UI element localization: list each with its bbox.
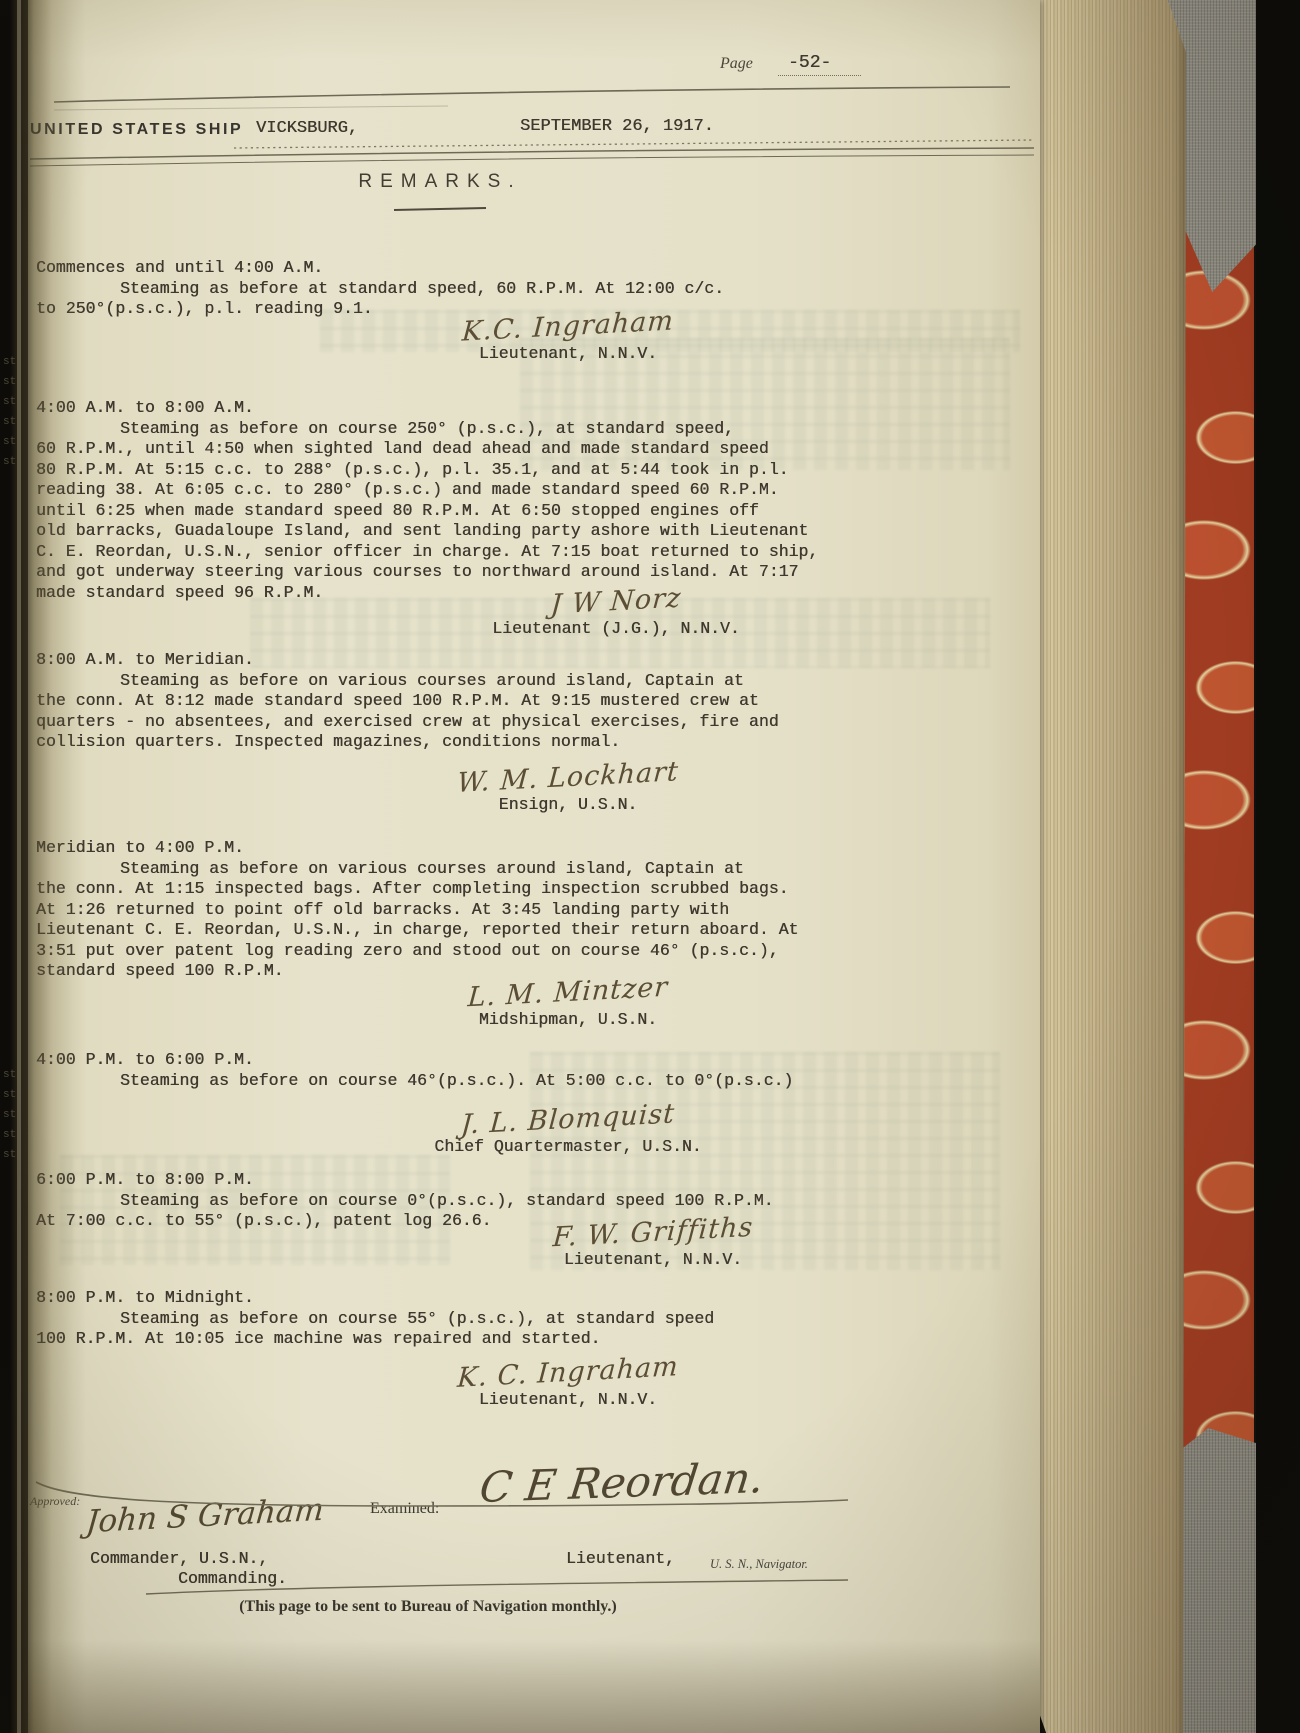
ship-prefix: UNITED STATES SHIP <box>30 121 243 139</box>
background <box>1256 0 1300 1733</box>
entry-text-line: old barracks, Guadaloupe Island, and sen… <box>36 521 848 542</box>
entry-text-line: Steaming as before on various courses ar… <box>36 859 848 880</box>
entry-text-line: reading 38. At 6:05 c.c. to 280° (p.s.c.… <box>36 480 848 501</box>
entry-text-line: the conn. At 8:12 made standard speed 10… <box>36 691 848 712</box>
entry-period-heading: 6:00 P.M. to 8:00 P.M. <box>36 1170 848 1191</box>
text-fragment: st <box>3 1105 16 1125</box>
log-entry-4: Meridian to 4:00 P.M.Steaming as before … <box>36 838 848 1029</box>
commanding-officer-title: Commander, U.S.N., <box>90 1549 268 1568</box>
entry-text-line: 80 R.P.M. At 5:15 c.c. to 288° (p.s.c.),… <box>36 460 848 481</box>
text-fragment: st <box>3 1065 16 1085</box>
text-fragment: st <box>3 1085 16 1105</box>
entry-text-line: Steaming as before at standard speed, 60… <box>36 279 848 300</box>
text-fragment: st <box>3 412 16 432</box>
text-fragment: st <box>3 432 16 452</box>
text-fragment: st <box>3 372 16 392</box>
log-entry-1: Commences and until 4:00 A.M.Steaming as… <box>36 258 848 363</box>
text-fragment: st <box>3 452 16 472</box>
entry-period-heading: 4:00 A.M. to 8:00 A.M. <box>36 398 848 419</box>
page-stack-fore-edge <box>1034 0 1186 1733</box>
signature-block: K. C. IngrahamLieutenant, N.N.V. <box>388 1356 748 1409</box>
log-entry-5: 4:00 P.M. to 6:00 P.M.Steaming as before… <box>36 1050 848 1156</box>
log-entry-2: 4:00 A.M. to 8:00 A.M.Steaming as before… <box>36 398 848 638</box>
entry-text-line: until 6:25 when made standard speed 80 R… <box>36 501 848 522</box>
commanding-officer-signature: John S Graham <box>85 1492 326 1541</box>
entry-text-line: At 1:26 returned to point off old barrac… <box>36 900 848 921</box>
text-fragment: st <box>3 352 16 372</box>
remarks-title: REMARKS. <box>28 171 852 193</box>
navigator-title: Lieutenant, <box>566 1549 675 1568</box>
page-number: -52- <box>778 53 861 76</box>
entry-period-heading: 4:00 P.M. to 6:00 P.M. <box>36 1050 848 1071</box>
entry-text-line: Steaming as before on course 55° (p.s.c.… <box>36 1309 848 1330</box>
entry-period-heading: Meridian to 4:00 P.M. <box>36 838 848 859</box>
text-fragment: st <box>3 392 16 412</box>
entry-period-heading: Commences and until 4:00 A.M. <box>36 258 848 279</box>
log-entry-6: 6:00 P.M. to 8:00 P.M.Steaming as before… <box>36 1170 848 1269</box>
entry-text-line: collision quarters. Inspected magazines,… <box>36 732 848 753</box>
log-date: SEPTEMBER 26, 1917. <box>520 117 714 136</box>
signature-block: W. M. LockhartEnsign, U.S.N. <box>388 761 748 814</box>
navigator-signature: C E Reordan. <box>477 1453 767 1512</box>
entry-text-line: Lieutenant C. E. Reordan, U.S.N., in cha… <box>36 920 848 941</box>
entry-period-heading: 8:00 P.M. to Midnight. <box>36 1288 848 1309</box>
entry-period-heading: 8:00 A.M. to Meridian. <box>36 650 848 671</box>
adjacent-page-text-fragments: stststststst <box>3 352 16 472</box>
entry-text-line: Steaming as before on course 46°(p.s.c.)… <box>36 1071 848 1092</box>
bureau-note: (This page to be sent to Bureau of Navig… <box>28 1598 828 1616</box>
entry-text-line: Steaming as before on course 0°(p.s.c.),… <box>36 1191 848 1212</box>
entry-text-line: 3:51 put over patent log reading zero an… <box>36 941 848 962</box>
ship-name: VICKSBURG, <box>256 119 358 138</box>
entry-text-line: 100 R.P.M. At 10:05 ice machine was repa… <box>36 1329 848 1350</box>
entry-text-line: 60 R.P.M., until 4:50 when sighted land … <box>36 439 848 460</box>
examined-label: Examined: <box>370 1500 439 1518</box>
text-fragment: st <box>3 1145 16 1165</box>
text-fragment: st <box>3 1125 16 1145</box>
signature-block: J. L. BlomquistChief Quartermaster, U.S.… <box>388 1103 748 1156</box>
entry-text-line: quarters - no absentees, and exercised c… <box>36 712 848 733</box>
log-entry-3: 8:00 A.M. to Meridian.Steaming as before… <box>36 650 848 814</box>
logbook-page: Page -52- UNITED STATES SHIP VICKSBURG, … <box>28 0 1040 1733</box>
entry-text-line: the conn. At 1:15 inspected bags. After … <box>36 879 848 900</box>
approved-label: Approved: <box>30 1494 80 1509</box>
log-entry-7: 8:00 P.M. to Midnight.Steaming as before… <box>36 1288 848 1409</box>
signature-block: F. W. GriffithsLieutenant, N.N.V. <box>473 1216 833 1269</box>
entry-text-line: Steaming as before on course 250° (p.s.c… <box>36 419 848 440</box>
entry-text-line: C. E. Reordan, U.S.N., senior officer in… <box>36 542 848 563</box>
entry-text-line: Steaming as before on various courses ar… <box>36 671 848 692</box>
commanding-officer-title-2: Commanding. <box>178 1569 287 1588</box>
page-label: Page <box>720 55 753 73</box>
signature-block: L. M. MintzerMidshipman, U.S.N. <box>388 976 748 1029</box>
signature-block: J W NorzLieutenant (J.G.), N.N.V. <box>436 585 796 638</box>
navigator-title-detail: U. S. N., Navigator. <box>710 1557 808 1572</box>
previous-page-edge <box>17 0 21 1733</box>
adjacent-page-text-fragments: ststststst <box>3 1065 16 1165</box>
signature-block: K.C. IngrahamLieutenant, N.N.V. <box>388 310 748 363</box>
